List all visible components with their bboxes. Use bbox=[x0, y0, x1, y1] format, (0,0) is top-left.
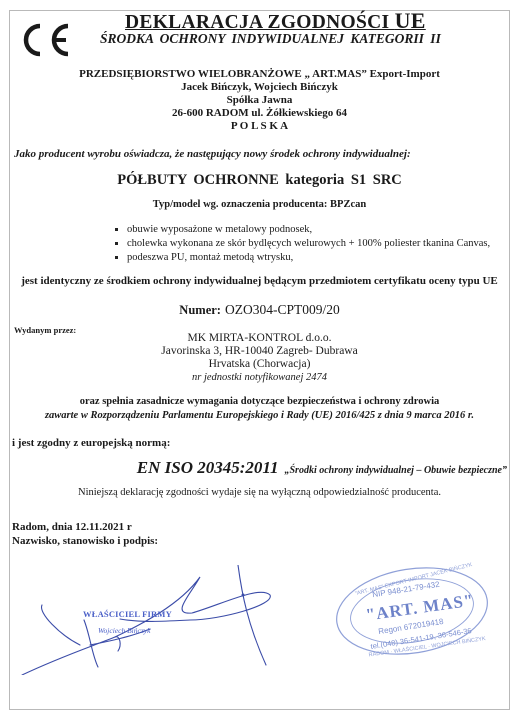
norm-label: i jest zgodny z europejską normą: bbox=[12, 437, 170, 449]
product-features: obuwie wyposażone w metalowy podnosek, c… bbox=[113, 223, 490, 266]
notified-body-name: MK MIRTA-KONTROL d.o.o. bbox=[0, 332, 519, 346]
feature-item: obuwie wyposażone w metalowy podnosek, bbox=[113, 223, 490, 237]
signature-label: Nazwisko, stanowisko i podpis: bbox=[12, 534, 158, 548]
regulation-reference: zawarte w Rozporządzeniu Parlamentu Euro… bbox=[0, 410, 519, 421]
certificate-number-row: Numer:OZO304-CPT009/20 bbox=[0, 302, 519, 318]
responsibility-statement: Niniejszą deklarację zgodności wydaje si… bbox=[0, 487, 519, 498]
norm-code: EN ISO 20345:2011 bbox=[137, 458, 279, 477]
certificate-label: Numer: bbox=[179, 303, 221, 317]
product-model: Typ/model wg. oznaczenia producenta: BPZ… bbox=[0, 199, 519, 210]
signoff-block: Radom, dnia 12.11.2021 r Nazwisko, stano… bbox=[12, 520, 158, 548]
norm-description: „Środki ochrony indywidualnej – Obuwie b… bbox=[284, 465, 507, 476]
manufacturer-owners: Jacek Bińczyk, Wojciech Bińczyk bbox=[0, 81, 519, 94]
title-suffix: UE bbox=[395, 8, 426, 33]
notified-body-country: Hrvatska (Chorwacja) bbox=[0, 358, 519, 372]
identical-statement: jest identyczny ze środkiem ochrony indy… bbox=[0, 275, 519, 287]
notified-body-number: nr jednostki notyfikowanej 2474 bbox=[0, 371, 519, 385]
owner-title: WŁAŚCICIEL FIRMY bbox=[83, 609, 172, 619]
notified-body-address: Javorinska 3, HR-10040 Zagreb- Dubrawa bbox=[0, 345, 519, 359]
title-text: DEKLARACJA ZGODNOŚCI bbox=[125, 12, 395, 33]
manufacturer-legal-form: Spółka Jawna bbox=[0, 94, 519, 107]
manufacturer-name: PRZEDSIĘBIORSTWO WIELOBRANŻOWE „ ART.MAS… bbox=[0, 68, 519, 81]
declaration-intro: Jako producent wyrobu oświadcza, że nast… bbox=[14, 148, 411, 160]
ce-mark-icon bbox=[18, 22, 74, 58]
signature-icon bbox=[20, 565, 290, 675]
certificate-number: OZO304-CPT009/20 bbox=[225, 302, 340, 317]
feature-item: cholewka wykonana ze skór bydlęcych welu… bbox=[113, 237, 490, 251]
product-name: PÓŁBUTY OCHRONNE kategoria S1 SRC bbox=[0, 172, 519, 189]
feature-item: podeszwa PU, montaż metodą wtrysku, bbox=[113, 251, 490, 265]
owner-name: Wojciech Bińczyk bbox=[98, 626, 150, 635]
manufacturer-address: 26-600 RADOM ul. Żółkiewskiego 64 bbox=[0, 107, 519, 120]
place-date: Radom, dnia 12.11.2021 r bbox=[12, 520, 158, 534]
requirements-statement: oraz spełnia zasadnicze wymagania dotycz… bbox=[0, 396, 519, 407]
document-subtitle: ŚRODKA OCHRONY INDYWIDUALNEJ KATEGORII I… bbox=[100, 31, 441, 47]
manufacturer-country: P O L S K A bbox=[0, 120, 519, 133]
norm-row: EN ISO 20345:2011„Środki ochrony indywid… bbox=[137, 458, 507, 478]
